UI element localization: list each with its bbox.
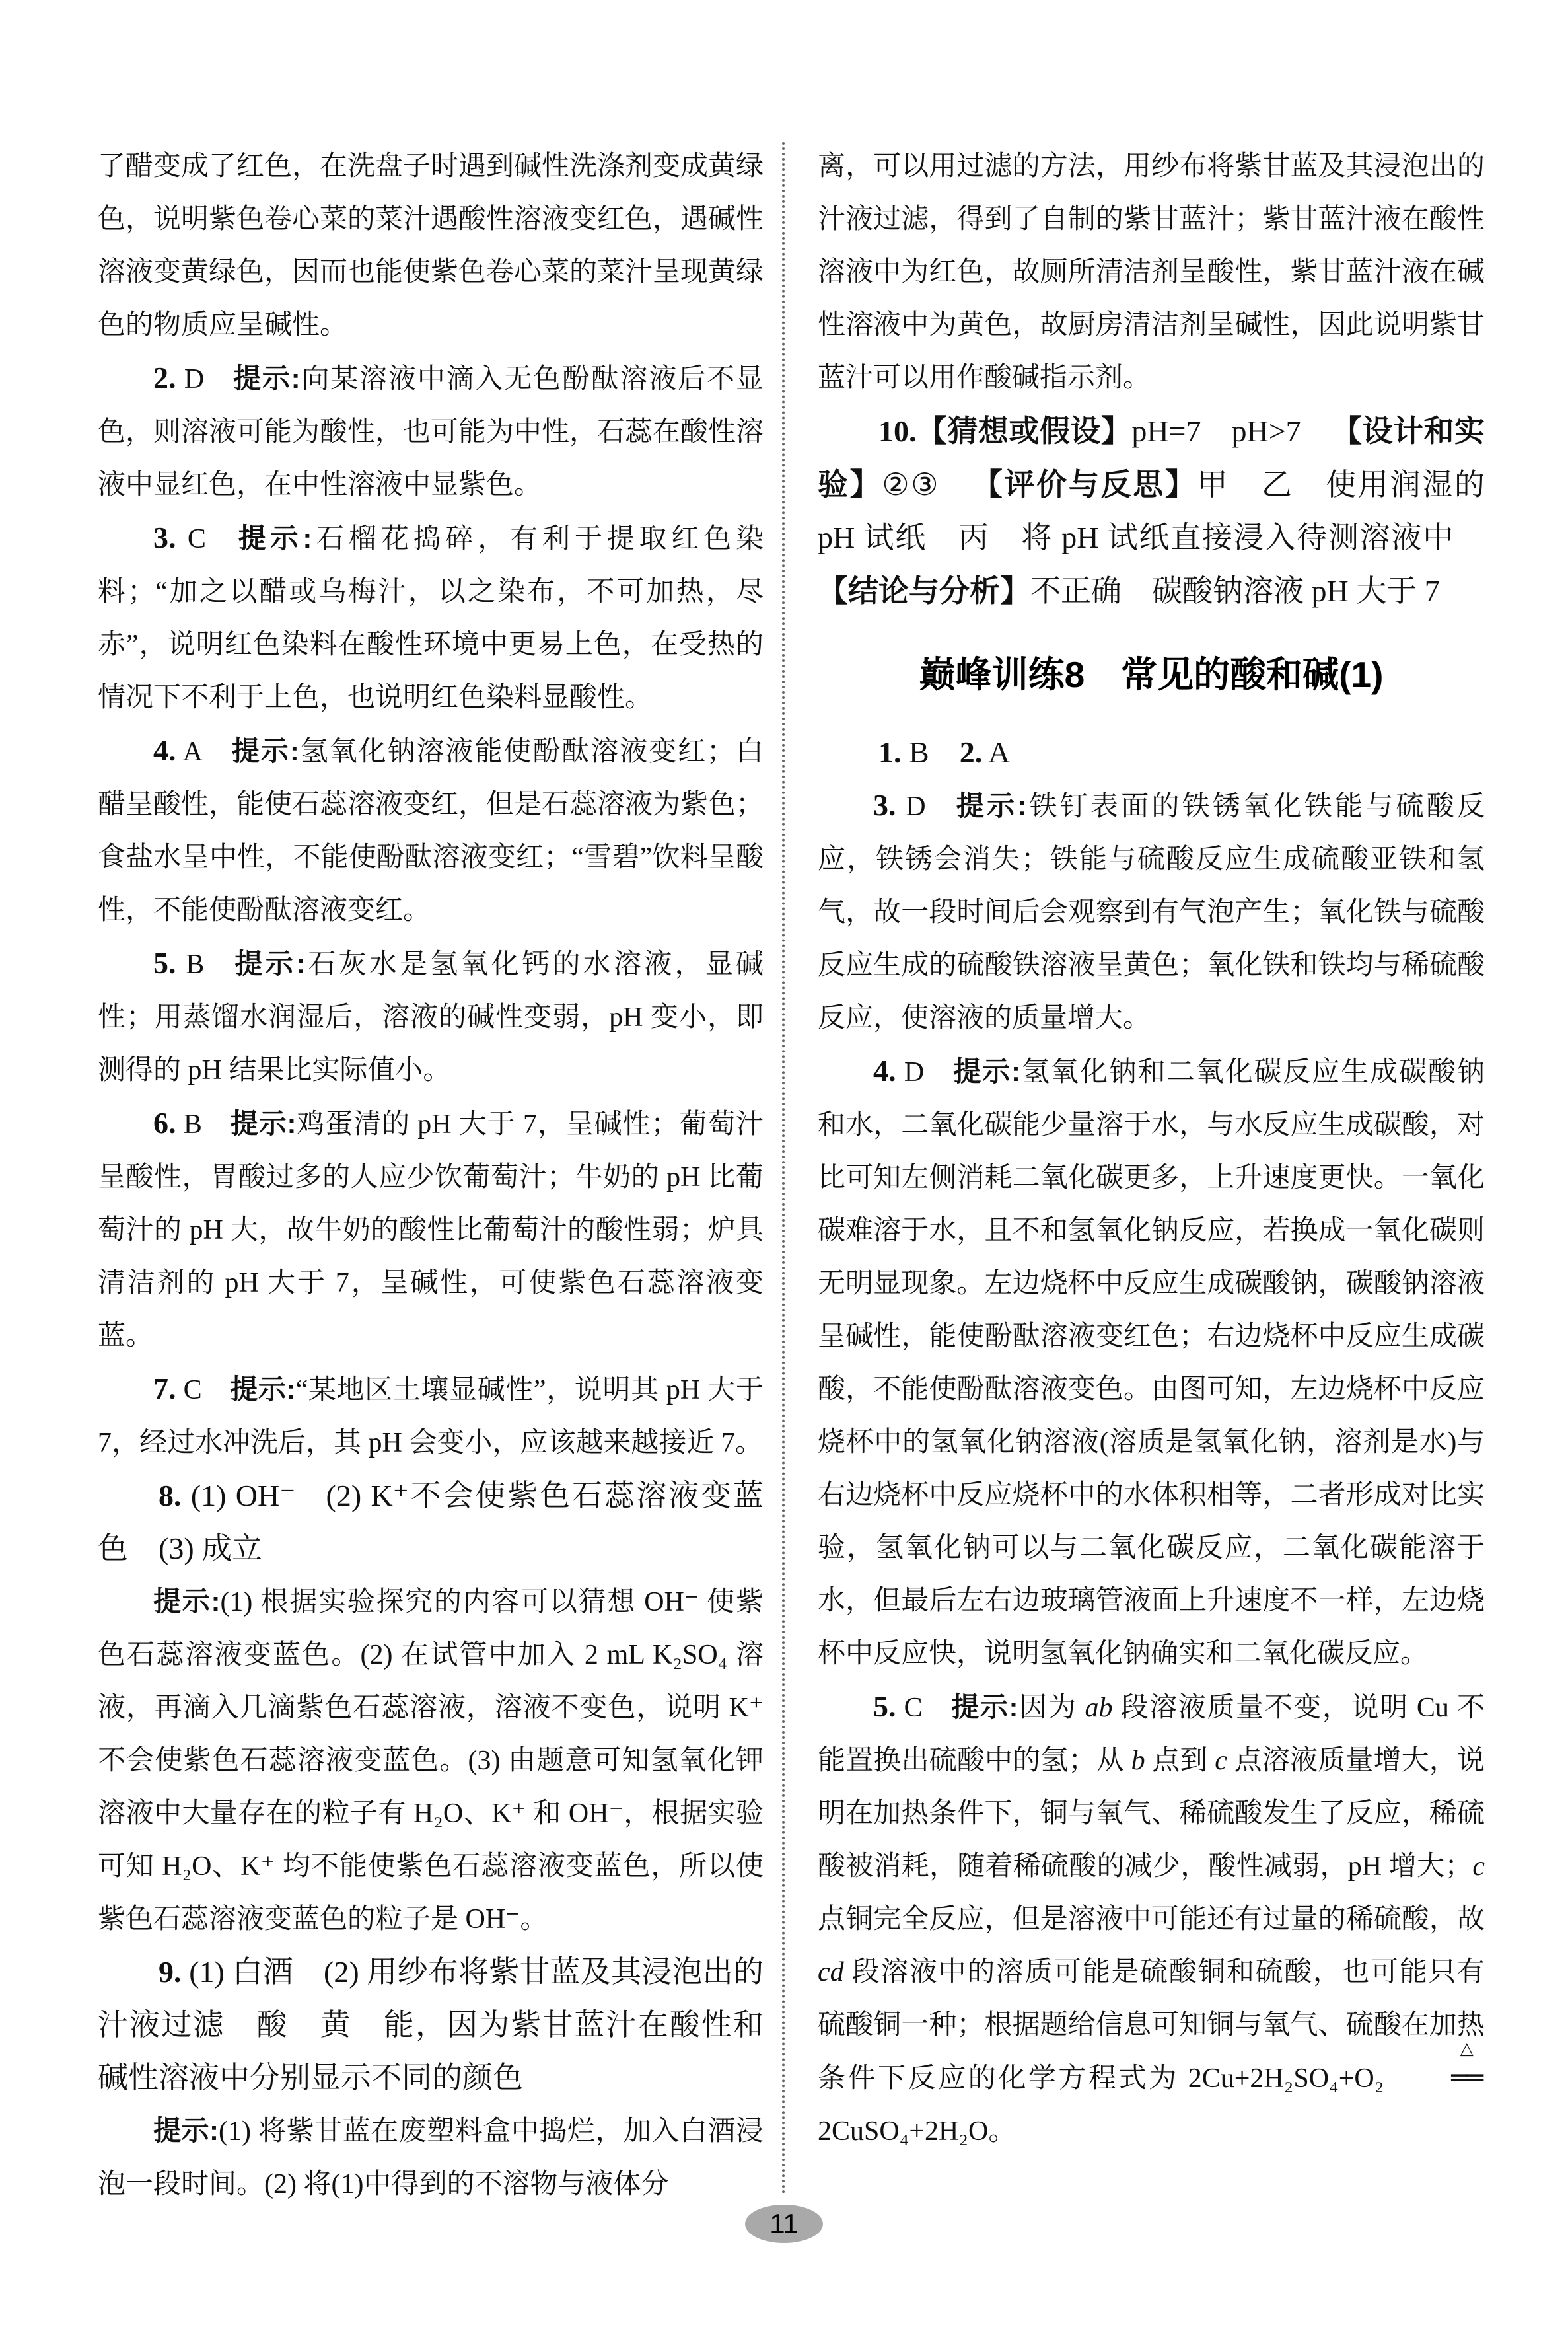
paragraph: 2. D 提示:向某溶液中滴入无色酚酞溶液后不显色，则溶液可能为酸性，也可能为中…: [98, 351, 764, 511]
paragraph: 3. D 提示:铁钉表面的铁锈氧化铁能与硫酸反应，铁锈会消失；铁能与硫酸反应生成…: [818, 779, 1485, 1045]
paragraph: 7. C 提示:“某地区土壤显碱性”，说明其 pH 大于 7，经过水冲洗后，其 …: [98, 1362, 764, 1469]
paragraph: 提示:(1) 将紫甘蓝在废塑料盒中捣烂，加入白酒浸泡一段时间。(2) 将(1)中…: [98, 2104, 764, 2211]
paragraph: 3. C 提示:石榴花捣碎，有利于提取红色染料；“加之以醋或乌梅汁，以之染布，不…: [98, 511, 764, 724]
paragraph: 4. A 提示:氢氧化钠溶液能使酚酞溶液变红；白醋呈酸性，能使石蕊溶液变红，但是…: [98, 724, 764, 937]
page-number-badge: 11: [745, 2205, 823, 2243]
right-column: 离，可以用过滤的方法，用纱布将紫甘蓝及其浸泡出的汁液过滤，得到了自制的紫甘蓝汁；…: [818, 140, 1485, 2158]
paragraph: 5. C 提示:因为 ab 段溶液质量不变，说明 Cu 不能置换出硫酸中的氢；从…: [818, 1680, 1485, 2158]
paragraph: 离，可以用过滤的方法，用纱布将紫甘蓝及其浸泡出的汁液过滤，得到了自制的紫甘蓝汁；…: [818, 140, 1485, 404]
paragraph: 10.【猜想或假设】pH=7 pH>7 【设计和实验】②③ 【评价与反思】甲 乙…: [818, 404, 1485, 618]
column-divider: [782, 142, 785, 2196]
paragraph: 9. (1) 白酒 (2) 用纱布将紫甘蓝及其浸泡出的汁液过滤 酸 黄 能，因为…: [98, 1946, 764, 2104]
left-column: 了醋变成了红色，在洗盘子时遇到碱性洗涤剂变成黄绿色，说明紫色卷心菜的菜汁遇酸性溶…: [98, 140, 764, 2211]
book-page: 了醋变成了红色，在洗盘子时遇到碱性洗涤剂变成黄绿色，说明紫色卷心菜的菜汁遇酸性溶…: [0, 0, 1568, 2325]
section-heading: 巅峰训练8 常见的酸和碱(1): [818, 648, 1485, 701]
triangle-heated-equals: △══: [1393, 2051, 1485, 2105]
right-column-top: 离，可以用过滤的方法，用纱布将紫甘蓝及其浸泡出的汁液过滤，得到了自制的紫甘蓝汁；…: [818, 140, 1485, 618]
paragraph: 提示:(1) 根据实验探究的内容可以猜想 OH⁻ 使紫色石蕊溶液变蓝色。(2) …: [98, 1575, 764, 1946]
page-number: 11: [769, 2208, 799, 2240]
paragraph: 4. D 提示:氢氧化钠和二氧化碳反应生成碳酸钠和水，二氧化碳能少量溶于水，与水…: [818, 1045, 1485, 1680]
paragraph: 6. B 提示:鸡蛋清的 pH 大于 7，呈碱性；葡萄汁呈酸性，胃酸过多的人应少…: [98, 1097, 764, 1362]
paragraph: 5. B 提示:石灰水是氢氧化钙的水溶液，显碱性；用蒸馏水润湿后，溶液的碱性变弱…: [98, 937, 764, 1097]
right-column-bottom: 1. B 2. A3. D 提示:铁钉表面的铁锈氧化铁能与硫酸反应，铁锈会消失；…: [818, 726, 1485, 2158]
paragraph: 8. (1) OH⁻ (2) K⁺不会使紫色石蕊溶液变蓝色 (3) 成立: [98, 1469, 764, 1575]
paragraph: 1. B 2. A: [818, 726, 1485, 779]
paragraph: 了醋变成了红色，在洗盘子时遇到碱性洗涤剂变成黄绿色，说明紫色卷心菜的菜汁遇酸性溶…: [98, 140, 764, 351]
